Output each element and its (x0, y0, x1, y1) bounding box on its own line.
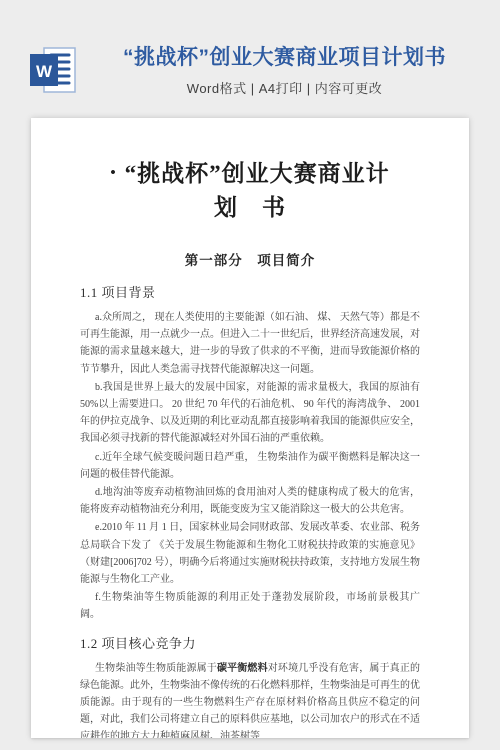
section-1-2-heading: 1.2 项目核心竞争力 (80, 633, 420, 652)
paragraph-f: f.生物柴油等生物质能源的利用正处于蓬勃发展阶段，市场前景极其广阔。 (80, 589, 420, 623)
paragraph-c: c.近年全球气候变暖问题日趋严重， 生物柴油作为碳平衡燃料是解决这一问题的极佳替… (80, 449, 420, 483)
document-title: •“挑战杯”创业大赛商业计 划 书 (80, 156, 420, 225)
document-title-line2: 划 书 (214, 195, 286, 220)
paragraph-core-prefix: 生物柴油等生物质能源属于 (95, 663, 217, 674)
bullet-icon: • (110, 165, 115, 181)
page-title: “挑战杯”创业大赛商业项目计划书 (93, 45, 476, 71)
paragraph-core-competence: 生物柴油等生物质能源属于碳平衡燃料对环境几乎没有危害，属于真正的绿色能源。此外，… (80, 660, 420, 738)
paragraph-a: a.众所周之， 现在人类使用的主要能源（如石油、 煤、 天然气等）都是不可再生能… (80, 309, 420, 378)
template-header: W “挑战杯”创业大赛商业项目计划书 Word格式 | A4打印 | 内容可更改 (0, 0, 500, 108)
word-icon: W (27, 45, 79, 97)
document-title-line1: “挑战杯”创业大赛商业计 (125, 161, 390, 186)
section-1-1-heading: 1.1 项目背景 (80, 282, 420, 301)
document-page: •“挑战杯”创业大赛商业计 划 书 第一部分 项目简介 1.1 项目背景 a.众… (31, 118, 469, 738)
paragraph-d: d.地沟油等废弃动植物油回炼的食用油对人类的健康构成了极大的危害， 能将废弃动植… (80, 484, 420, 518)
part-heading: 第一部分 项目简介 (80, 249, 420, 269)
paragraph-e: e.2010 年 11 月 1 日，国家林业局会同财政部、发展改革委、农业部、税… (80, 519, 420, 588)
paragraph-b: b.我国是世界上最大的发展中国家，对能源的需求量极大，我国的原油有 50%以上需… (80, 379, 420, 448)
paragraph-core-bold-term: 碳平衡燃料 (217, 663, 268, 674)
svg-text:W: W (36, 62, 53, 81)
header-text-block: “挑战杯”创业大赛商业项目计划书 Word格式 | A4打印 | 内容可更改 (93, 45, 482, 97)
page-subtitle: Word格式 | A4打印 | 内容可更改 (93, 78, 476, 97)
